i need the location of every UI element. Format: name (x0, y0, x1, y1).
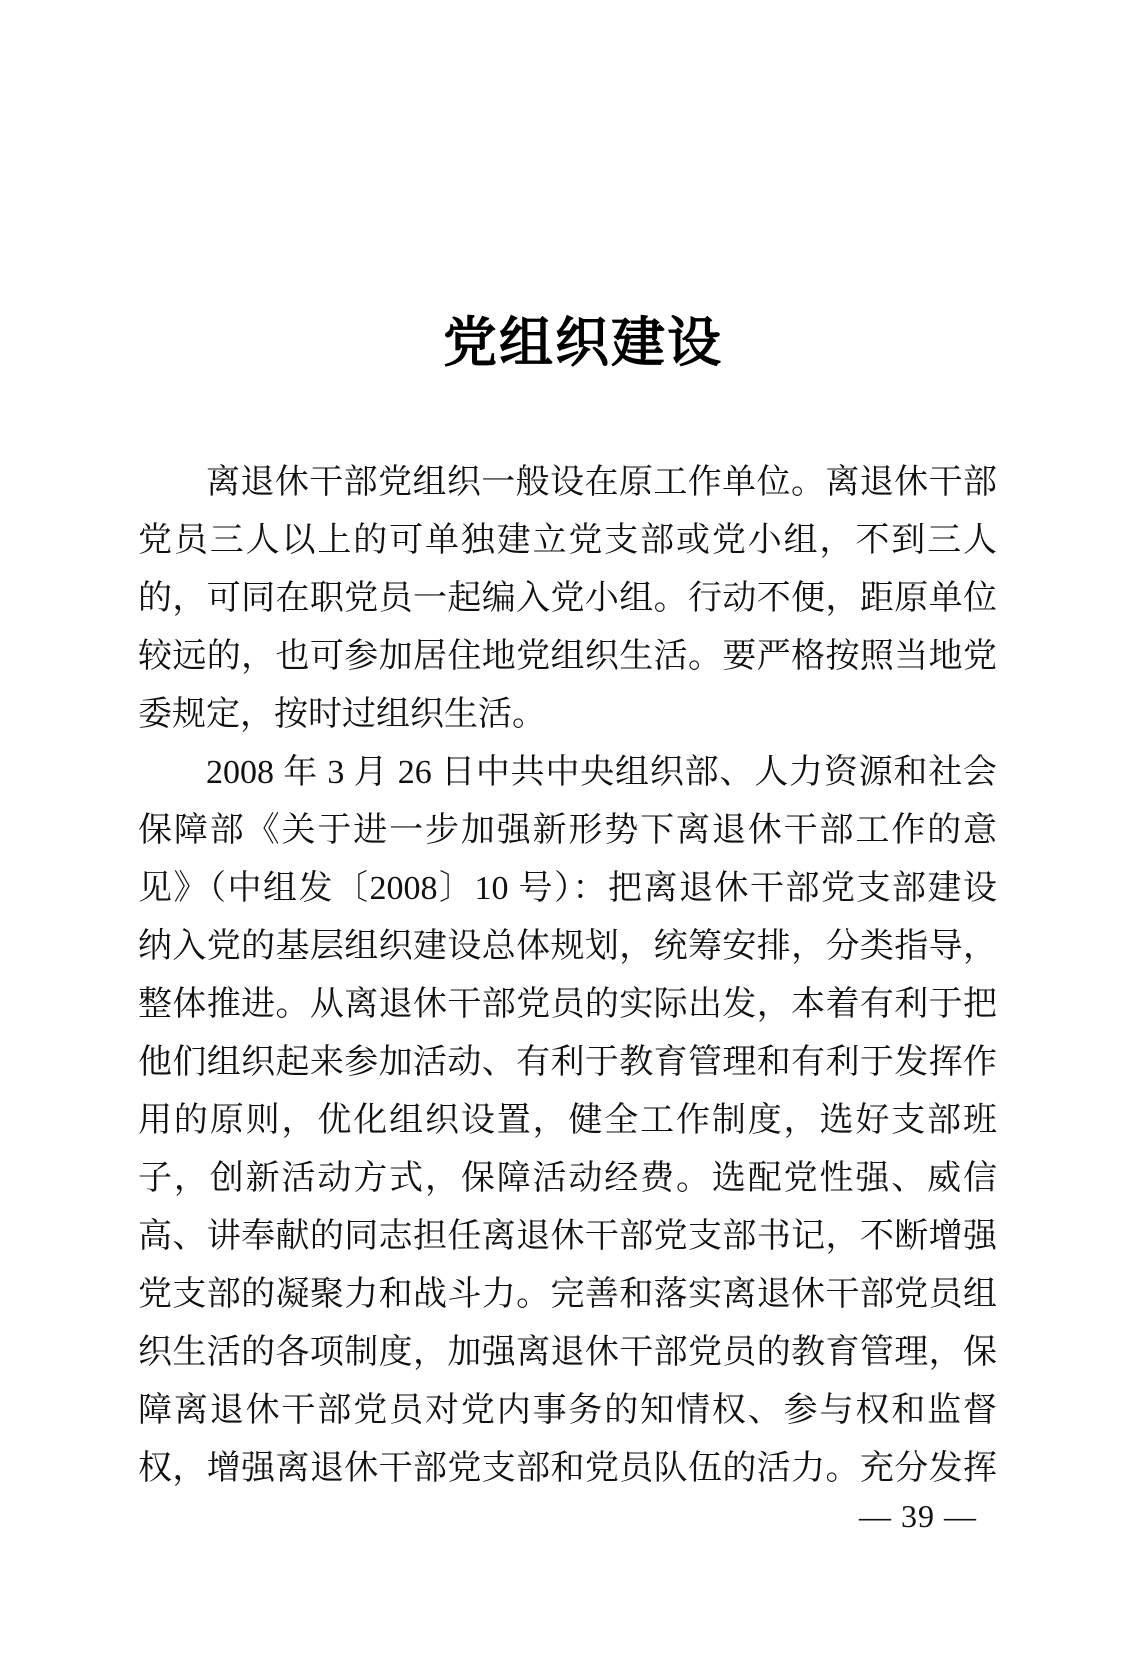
text-line: 的，可同在职党员一起编入党小组。行动不便，距原单位 (138, 570, 997, 628)
text-line: 党员三人以上的可单独建立党支部或党小组，不到三人 (138, 512, 997, 570)
text-line: 保障部《关于进一步加强新形势下离退休干部工作的意 (138, 802, 997, 860)
text-line: 高、讲奉献的同志担任离退休干部党支部书记，不断增强 (138, 1208, 997, 1266)
text-line: 委规定，按时过组织生活。 (138, 686, 997, 744)
text-line: 党支部的凝聚力和战斗力。完善和落实离退休干部党员组 (138, 1266, 997, 1324)
page-number: — 39 — (859, 1498, 977, 1534)
text-line: 用的原则，优化组织设置，健全工作制度，选好支部班 (138, 1092, 997, 1150)
text-line: 见》（中组发〔2008〕10 号）：把离退休干部党支部建设 (138, 860, 997, 918)
text-line: 离退休干部党组织一般设在原工作单位。离退休干部 (138, 454, 997, 512)
text-line: 织生活的各项制度，加强离退休干部党员的教育管理，保 (138, 1324, 997, 1382)
text-line: 2008 年 3 月 26 日中共中央组织部、人力资源和社会 (138, 744, 997, 802)
text-line: 权，增强离退休干部党支部和党员队伍的活力。充分发挥 (138, 1440, 997, 1498)
page-title: 党组织建设 (12, 300, 1142, 377)
text-line: 障离退休干部党员对党内事务的知情权、参与权和监督 (138, 1382, 997, 1440)
text-line: 他们组织起来参加活动、有利于教育管理和有利于发挥作 (138, 1034, 997, 1092)
text-line: 子，创新活动方式，保障活动经费。选配党性强、威信 (138, 1150, 997, 1208)
text-line: 纳入党的基层组织建设总体规划，统筹安排，分类指导， (138, 918, 997, 976)
text-line: 较远的，也可参加居住地党组织生活。要严格按照当地党 (138, 628, 997, 686)
text-line: 整体推进。从离退休干部党员的实际出发，本着有利于把 (138, 976, 997, 1034)
document-page: 党组织建设 离退休干部党组织一般设在原工作单位。离退休干部 党员三人以上的可单独… (0, 0, 1142, 1654)
body-text: 离退休干部党组织一般设在原工作单位。离退休干部 党员三人以上的可单独建立党支部或… (138, 454, 997, 1498)
paragraph-2: 2008 年 3 月 26 日中共中央组织部、人力资源和社会 保障部《关于进一步… (138, 744, 997, 1498)
paragraph-1: 离退休干部党组织一般设在原工作单位。离退休干部 党员三人以上的可单独建立党支部或… (138, 454, 997, 744)
